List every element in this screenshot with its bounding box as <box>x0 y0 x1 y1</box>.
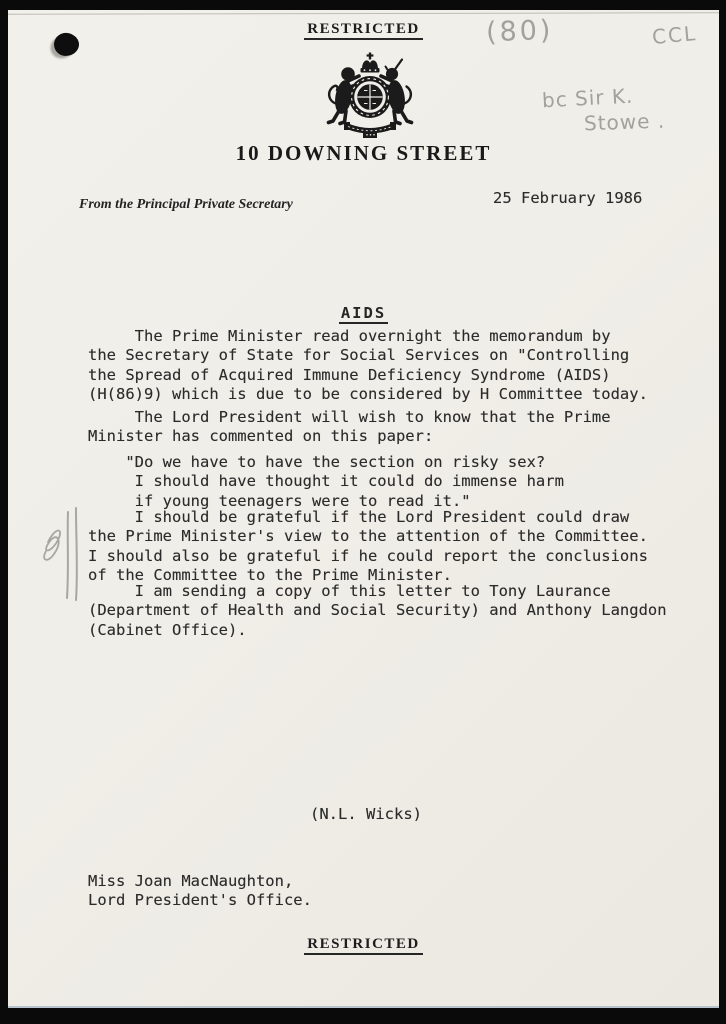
classification-bottom-text: RESTRICTED <box>304 936 423 955</box>
quoted-comment: "Do we have to have the section on risky… <box>88 453 564 511</box>
letter-date: 25 February 1986 <box>493 189 642 208</box>
classification-top: RESTRICTED <box>8 21 719 38</box>
letterhead-address: 10 DOWNING STREET <box>8 141 719 166</box>
sheet-edge-line <box>8 12 719 14</box>
handwritten-corner-initials: CCL <box>651 21 698 49</box>
classification-top-text: RESTRICTED <box>304 21 423 40</box>
paragraph-1: The Prime Minister read overnight the me… <box>88 327 648 405</box>
subject-heading-text: AIDS <box>339 304 388 324</box>
margin-pencil-marks <box>34 496 96 614</box>
handwritten-bc-note-line1: bc Sir K. <box>541 84 633 113</box>
signatory-name: (N.L. Wicks) <box>310 805 422 824</box>
handwritten-ref-number: (80) <box>485 15 553 48</box>
paragraph-2: The Lord President will wish to know tha… <box>88 408 611 447</box>
paragraph-4: I am sending a copy of this letter to To… <box>88 582 667 640</box>
subject-heading: AIDS <box>8 304 719 323</box>
scanned-page: RESTRICTED (80) CCL bc Sir K. Stowe . <box>0 0 726 1024</box>
classification-bottom: RESTRICTED <box>8 936 719 953</box>
addressee-block: Miss Joan MacNaughton, Lord President's … <box>88 872 312 911</box>
paragraph-3: I should be grateful if the Lord Preside… <box>88 508 648 586</box>
letter-sheet: RESTRICTED (80) CCL bc Sir K. Stowe . <box>8 10 719 1008</box>
royal-coat-of-arms-icon <box>322 52 418 140</box>
handwritten-bc-note-line2: Stowe . <box>584 109 666 136</box>
letterhead-sender-line: From the Principal Private Secretary <box>79 197 293 213</box>
